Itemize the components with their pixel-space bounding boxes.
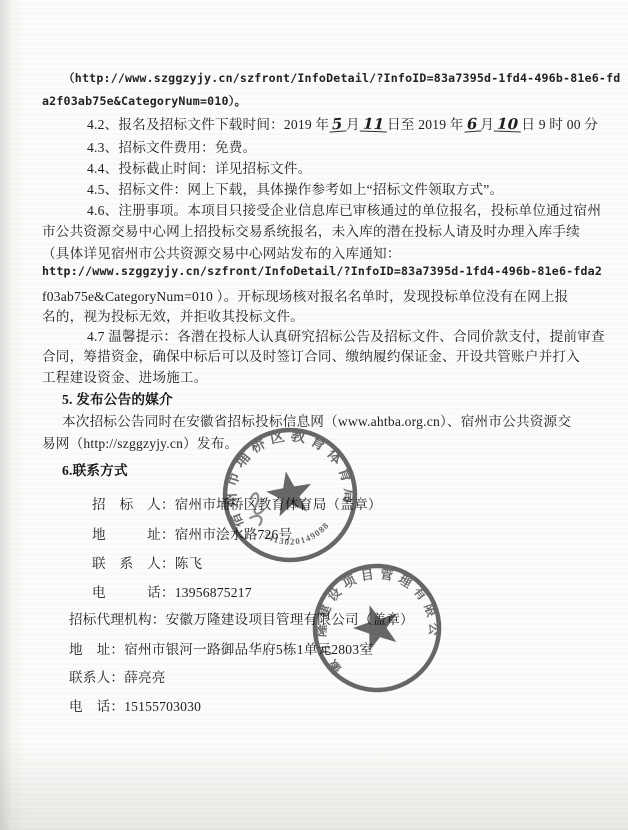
agency-address-label: 地 址： <box>69 642 124 657</box>
item-4-2-sep3: 月 <box>480 117 494 132</box>
tenderer-contact-row: 联 系 人：陈飞 <box>92 552 202 572</box>
agency-label: 招标代理机构： <box>69 612 166 627</box>
handwritten-signature-scribble <box>245 492 266 527</box>
doc-line-item-4-6-1: 4.6、注册事项。本项目只接受企业信息库已审核通过的单位报名，投标单位通过宿州 <box>87 199 601 219</box>
agency-contact-row: 联系人：薛亮亮 <box>69 666 166 686</box>
agency-phone-row: 电 话：15155703030 <box>69 695 201 715</box>
doc-line-url-wrap-2: a2f03ab75e&CategoryNum=010）。 <box>42 93 246 109</box>
scan-shadow-left <box>0 0 26 830</box>
doc-line-item-4-7-1: 4.7 温馨提示：各潜在投标人认真研究招标公告及招标文件、合同价款支付，提前审查 <box>87 325 605 345</box>
tenderer-contact-value: 陈飞 <box>175 556 203 571</box>
agency-contact-label: 联系人： <box>69 670 124 685</box>
handwritten-day-from: 11 <box>359 118 387 133</box>
tenderer-phone-value: 13956875217 <box>175 585 252 600</box>
scanned-document-page: （http://www.szggzyjy.cn/szfront/InfoDeta… <box>0 0 628 830</box>
doc-line-item-4-7-3: 工程建设资金、进场施工。 <box>42 366 208 386</box>
tenderer-seal-graphic: 宿州市埇桥区教育体育局 3413020149088 <box>204 409 375 580</box>
section-5-title: 5. 发布公告的媒介 <box>62 388 173 408</box>
agency-contact-value: 薛亮亮 <box>124 670 165 685</box>
tenderer-phone-label: 电 话： <box>92 585 175 600</box>
handwritten-month-to: 6 <box>463 117 481 132</box>
agency-phone-label: 电 话： <box>69 699 124 714</box>
doc-line-item-4-6-2: 市公共资源交易中心网上招投标交易系统报名，未入库的潜在投标人请及时办理入库手续 <box>42 220 580 240</box>
tenderer-contact-label: 联 系 人： <box>92 556 175 571</box>
handwritten-month-from: 5 <box>329 117 347 132</box>
agency-phone-value: 15155703030 <box>124 699 201 714</box>
item-4-2-sep2: 日至 2019 年 <box>387 117 464 132</box>
doc-line-item-4-2: 4.2、报名及招标文件下载时间：2019 年5月11日至 2019 年6月10日… <box>87 113 598 133</box>
agency-seal-graphic: 安徽万隆建设项目管理有限公司 <box>289 540 465 716</box>
item-4-2-suffix: 日 9 时 00 分 <box>521 117 598 132</box>
tenderer-phone-row: 电 话：13956875217 <box>92 581 252 601</box>
doc-line-item-4-4: 4.4、投标截止时间：详见招标文件。 <box>87 157 312 177</box>
doc-line-item-4-6-6: 名的，视为投标无效，并拒收其投标文件。 <box>42 305 304 325</box>
section-6-title: 6.联系方式 <box>62 459 128 479</box>
handwritten-day-to: 10 <box>494 118 522 133</box>
doc-line-item-4-5: 4.5、招标文件：网上下载，具体操作参考如上“招标文件领取方式”。 <box>87 178 503 198</box>
doc-line-item-4-6-5: f03ab75e&CategoryNum=010 ）。开标现场核对报名名单时，发… <box>42 285 568 305</box>
doc-line-item-4-6-url: http://www.szggzyjy.cn/szfront/InfoDetai… <box>42 264 602 278</box>
doc-line-item-4-3: 4.3、招标文件费用：免费。 <box>87 136 256 156</box>
doc-line-item-4-6-3: （具体详见宿州市公共资源交易中心网站发布的入库通知： <box>42 242 401 262</box>
agency-seal-stamp: 安徽万隆建设项目管理有限公司 <box>289 540 465 716</box>
item-4-2-sep1: 月 <box>346 117 360 132</box>
tenderer-seal-stamp: 宿州市埇桥区教育体育局 3413020149088 <box>204 409 375 580</box>
seal-code-text: 3413020149088 <box>261 519 334 552</box>
seal-star-icon <box>348 598 405 653</box>
doc-line-url-wrap-1: （http://www.szggzyjy.cn/szfront/InfoDeta… <box>63 70 620 86</box>
svg-text:3413020149088: 3413020149088 <box>261 519 334 552</box>
scan-shadow-bottom <box>0 740 628 830</box>
seal-star-icon <box>263 467 315 518</box>
tenderer-address-label: 地 址： <box>92 527 175 542</box>
item-4-2-prefix: 4.2、报名及招标文件下载时间：2019 年 <box>87 117 329 132</box>
doc-line-item-4-7-2: 合同，筹措资金，确保中标后可以及时签订合同、缴纳履约保证金、开设共管账户并打入 <box>42 345 580 365</box>
tenderer-label: 招 标 人： <box>92 497 175 512</box>
